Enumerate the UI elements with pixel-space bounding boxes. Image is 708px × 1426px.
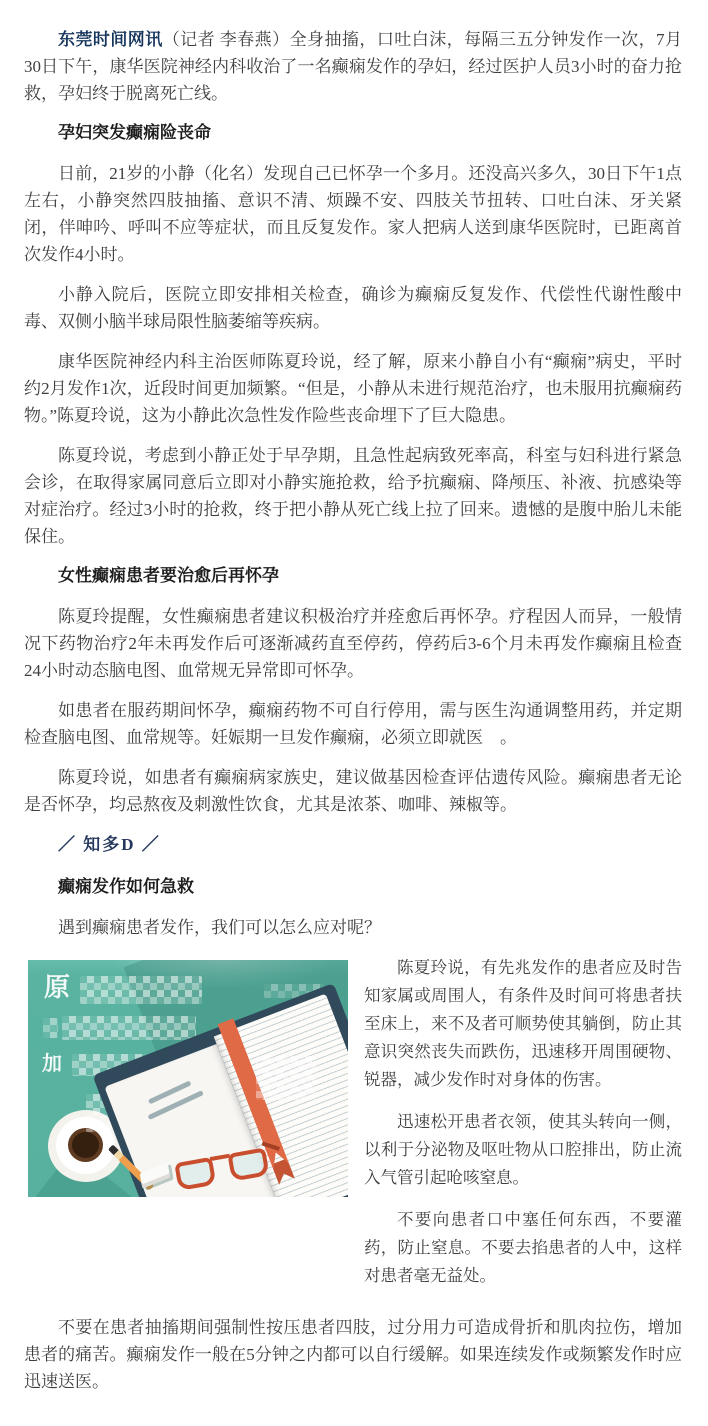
paragraph-first-aid-1: 陈夏玲说，有先兆发作的患者应及时告知家属或周围人，有条件及时间可将患者扶至床上，… bbox=[364, 954, 682, 1094]
first-aid-text-column: 陈夏玲说，有先兆发作的患者应及时告知家属或周围人，有条件及时间可将患者扶至床上，… bbox=[364, 954, 682, 1304]
desk-illustration-image: 原 加 间。 bbox=[28, 960, 348, 1197]
paragraph-question: 遇到癫痫患者发作，我们可以怎么应对呢？ bbox=[24, 914, 682, 941]
article-page: 东莞时间网讯（记者 李春燕）全身抽搐，口吐白沫，每隔三五分钟发作一次，7月30日… bbox=[0, 0, 708, 1426]
paragraph-first-aid-3: 不要向患者口中塞任何东西，不要灌药，防止窒息。不要去掐患者的人中，这样对患者毫无… bbox=[364, 1206, 682, 1290]
source-label: 东莞时间网讯 bbox=[58, 30, 163, 49]
illustration-char-2: 加 bbox=[42, 1054, 62, 1074]
illustration-char-1: 原 bbox=[44, 974, 70, 1000]
blurred-patch-book bbox=[256, 1056, 316, 1100]
paragraph-advice-cure: 陈夏玲提醒，女性癫痫患者建议积极治疗并痊愈后再怀孕。疗程因人而异，一般情况下药物… bbox=[24, 603, 682, 684]
blurred-text-row2-start bbox=[43, 1018, 58, 1038]
paragraph-medication: 如患者在服药期间怀孕，癫痫药物不可自行停用，需与医生沟通调整用药，并定期检查脑电… bbox=[24, 697, 682, 751]
glasses-right-lens bbox=[227, 1147, 269, 1181]
paragraph-diagnosis: 小静入院后，医院立即安排相关检查，确诊为癫痫反复发作、代偿性代谢性酸中毒、双侧小… bbox=[24, 281, 682, 335]
first-aid-media-row: 原 加 间。 bbox=[24, 954, 682, 1304]
paragraph-onset: 日前，21岁的小静（化名）发现自己已怀孕一个多月。还没高兴多久，30日下午1点左… bbox=[24, 160, 682, 268]
glasses-bridge bbox=[210, 1154, 231, 1163]
glasses-temple-arm bbox=[262, 1138, 282, 1151]
section-heading-1: 孕妇突发癫痫险丧命 bbox=[24, 120, 682, 146]
coffee-liquid bbox=[68, 1128, 103, 1162]
know-more-divider: ／ 知多D ／ bbox=[24, 831, 682, 858]
paragraph-first-aid-4: 不要在患者抽搐期间强制性按压患者四肢，过分用力可造成骨折和肌肉拉伤，增加患者的痛… bbox=[24, 1314, 682, 1395]
blurred-text-row2 bbox=[62, 1016, 196, 1040]
paragraph-diet: 陈夏玲说，如患者有癫痫病家族史，建议做基因检查评估遗传风险。癫痫患者无论是否怀孕… bbox=[24, 764, 682, 818]
section-heading-2: 女性癫痫患者要治愈后再怀孕 bbox=[24, 563, 682, 589]
paragraph-first-aid-2: 迅速松开患者衣领，使其头转向一侧，以利于分泌物及呕吐物从口腔排出，防止流入气管引… bbox=[364, 1108, 682, 1192]
lead-paragraph: 东莞时间网讯（记者 李春燕）全身抽搐，口吐白沫，每隔三五分钟发作一次，7月30日… bbox=[24, 26, 682, 107]
section-heading-3: 癫痫发作如何急救 bbox=[24, 874, 682, 900]
paragraph-rescue: 陈夏玲说，考虑到小静正处于早孕期，且急性起病致死率高，科室与妇科进行紧急会诊，在… bbox=[24, 442, 682, 550]
blurred-text-row1 bbox=[80, 976, 202, 1004]
paragraph-history: 康华医院神经内科主治医师陈夏玲说，经了解，原来小静自小有“癫痫”病史，平时约2月… bbox=[24, 348, 682, 429]
